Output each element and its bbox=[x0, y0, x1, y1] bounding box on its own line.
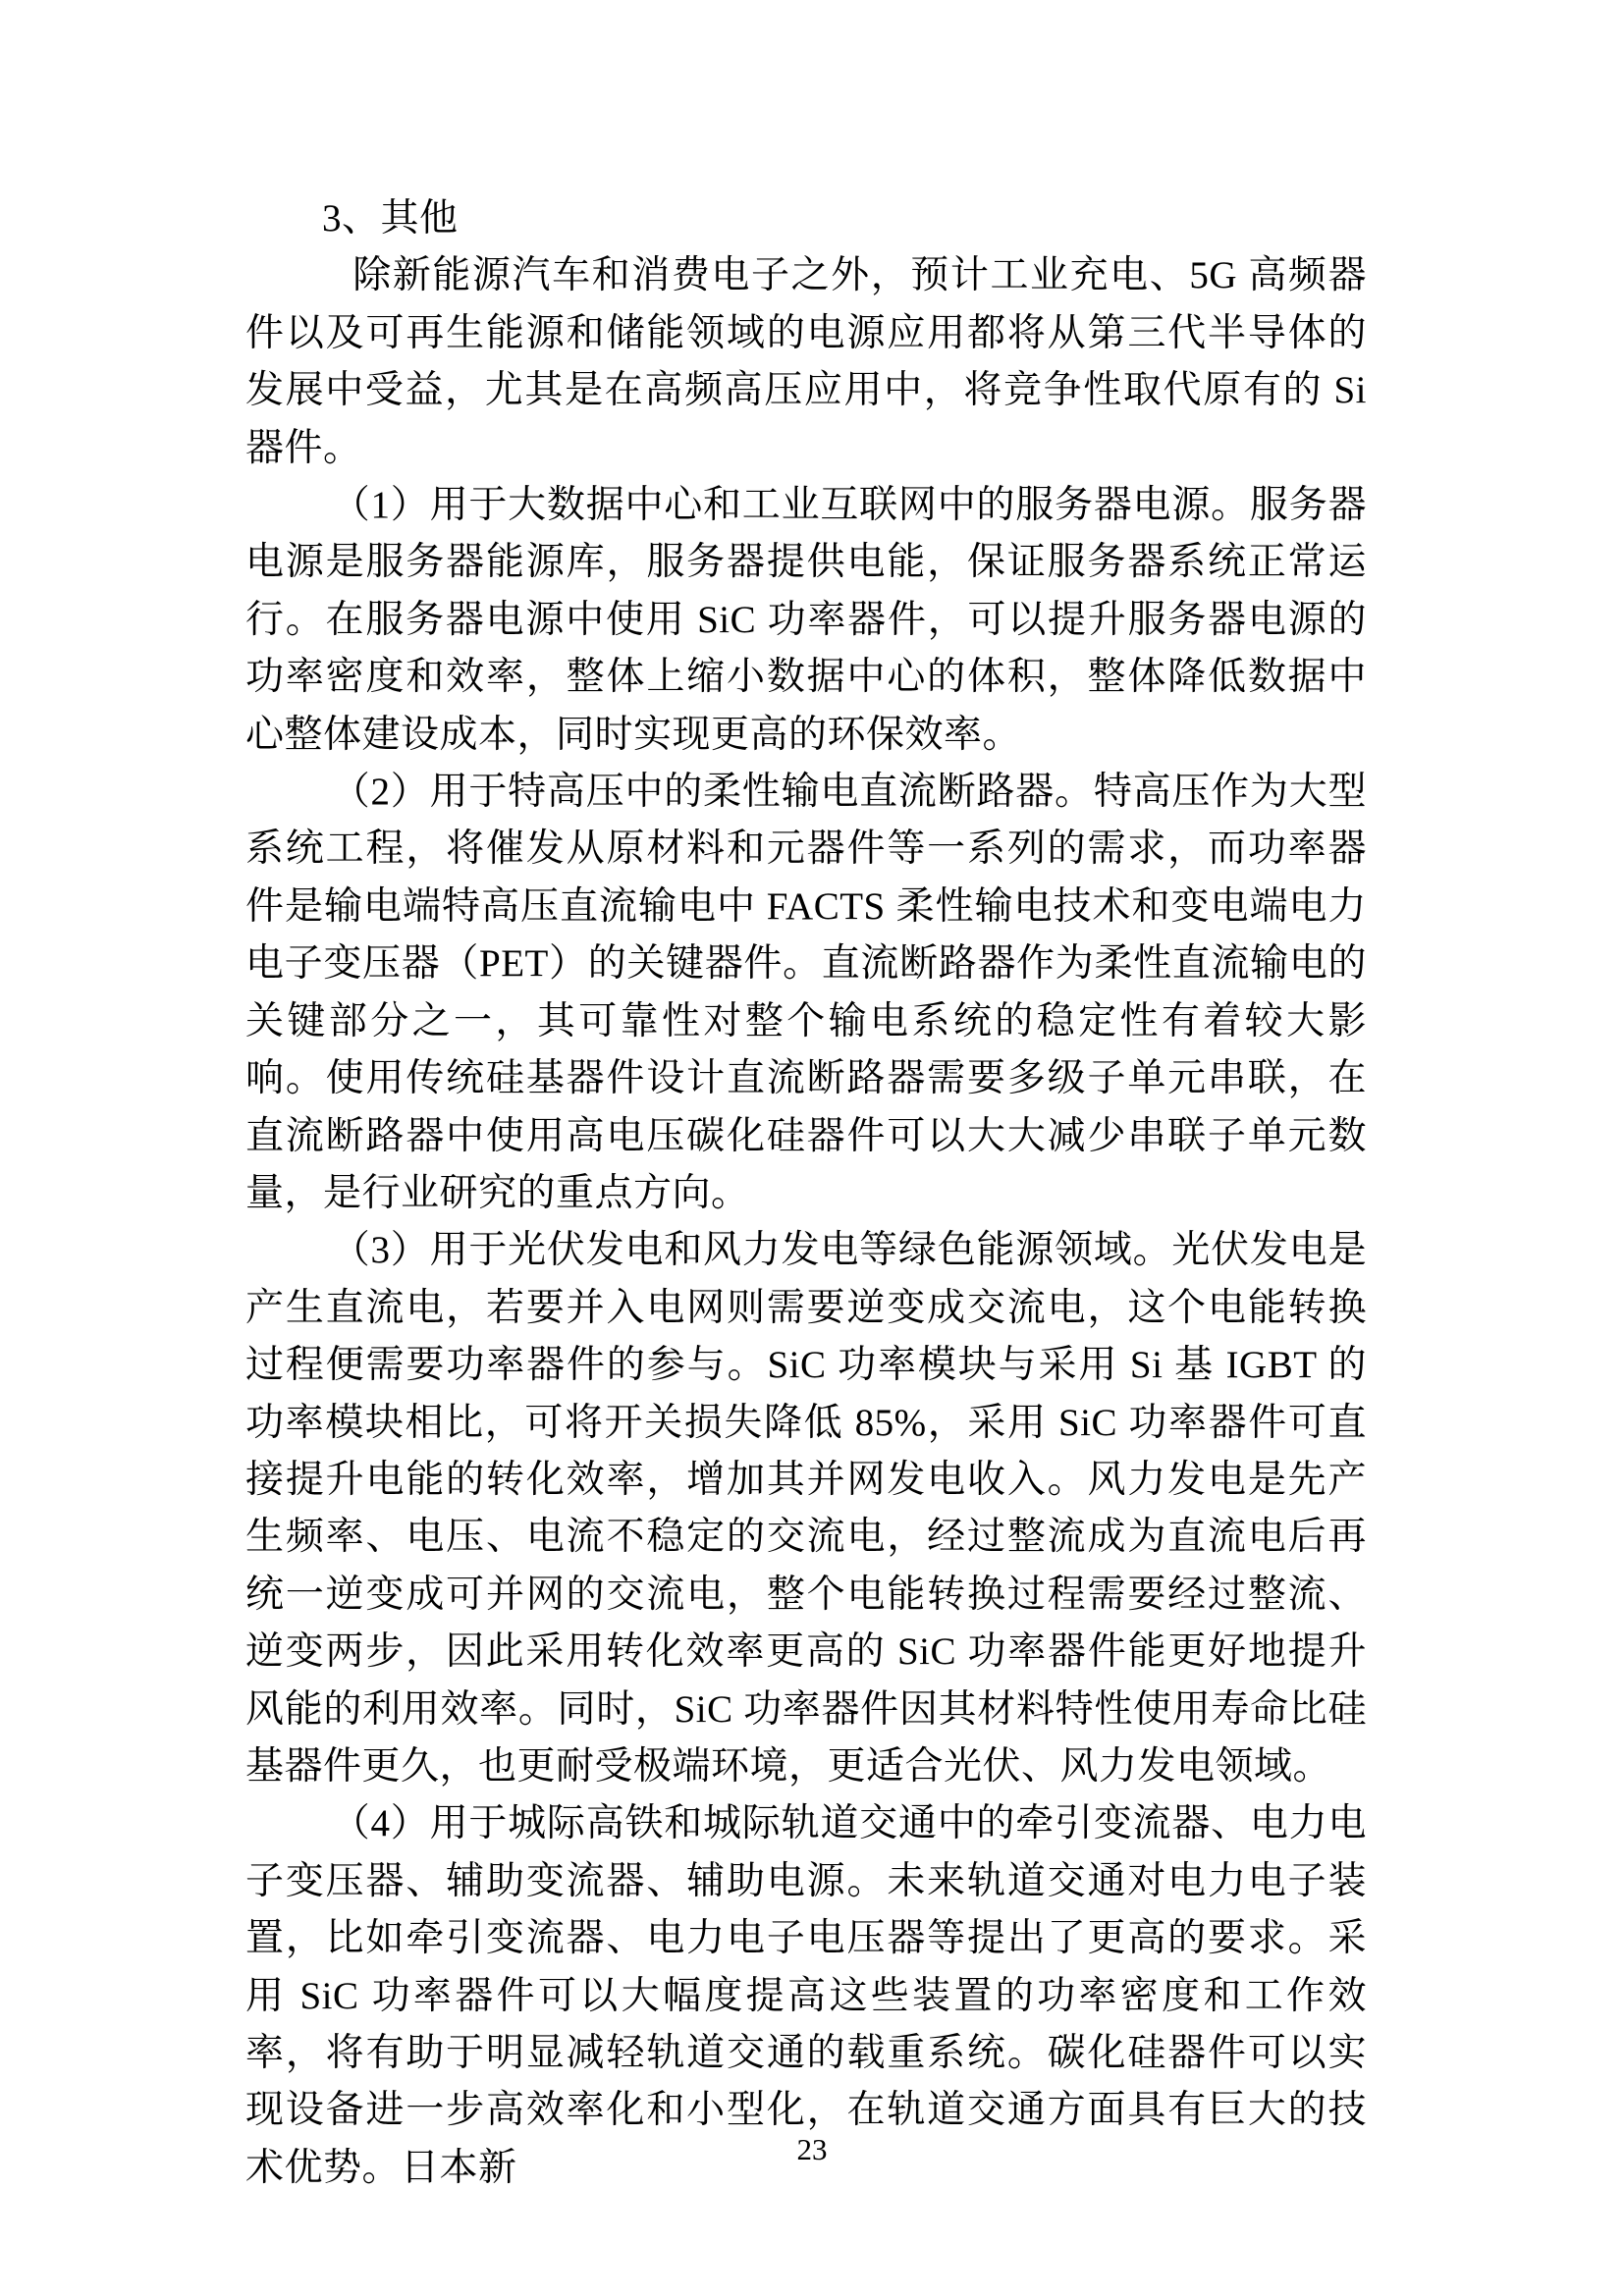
document-page: 3、其他 除新能源汽车和消费电子之外，预计工业充电、5G 高频器件以及可再生能源… bbox=[0, 0, 1624, 2296]
paragraph-intro: 除新能源汽车和消费电子之外，预计工业充电、5G 高频器件以及可再生能源和储能领域… bbox=[245, 247, 1367, 477]
page-body-text: 3、其他 除新能源汽车和消费电子之外，预计工业充电、5G 高频器件以及可再生能源… bbox=[245, 190, 1367, 2197]
paragraph-item-1: （1）用于大数据中心和工业互联网中的服务器电源。服务器电源是服务器能源库，服务器… bbox=[245, 477, 1367, 764]
paragraph-item-2: （2）用于特高压中的柔性输电直流断路器。特高压作为大型系统工程，将催发从原材料和… bbox=[245, 764, 1367, 1222]
section-heading: 3、其他 bbox=[245, 190, 1367, 247]
paragraph-item-3: （3）用于光伏发电和风力发电等绿色能源领域。光伏发电是产生直流电，若要并入电网则… bbox=[245, 1222, 1367, 1795]
page-number: 23 bbox=[0, 2130, 1624, 2169]
